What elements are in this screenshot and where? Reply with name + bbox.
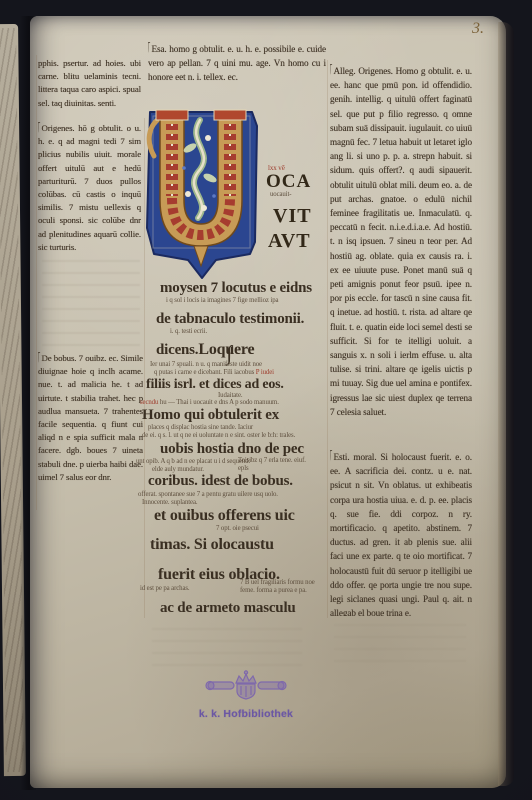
paraph-mark: ∫ [330, 450, 331, 460]
lemma-line: Homo qui obtulerit ex [142, 407, 279, 424]
illuminated-initial-U: U [138, 108, 264, 284]
ruling-line [327, 60, 328, 618]
interlinear-gloss: q putas i carne e dicebant. Fili iacobus… [154, 369, 274, 376]
left-gloss-paragraph-3: ∫De bobus. 7 ouibz. ec. Simile diuignae … [38, 352, 143, 504]
show-through [42, 260, 140, 346]
display-frag-gloss: uocauit- [270, 191, 291, 198]
gloss-red: secndu [140, 399, 158, 406]
lemma-line: moysen 7 locutus e eidns [160, 280, 312, 297]
interlinear-gloss: unt opib. A q b ad n ee placat u i d seq… [136, 458, 250, 465]
page-right-edge [498, 22, 514, 786]
ruling-line [36, 55, 37, 510]
lemma-line: filiis isrl. et dices ad eos. [146, 377, 284, 393]
right-gloss-text-2: Esti. moral. Si holocaust fuerit. e. o. … [330, 452, 472, 616]
marginal-glosslet: Toisibz q 7 erla tene. eiuf. epls [238, 457, 308, 473]
interlinear-gloss: i. q. testi ecrii. [170, 328, 207, 335]
interlinear-gloss: offerat. spontanee sue 7 a pentu gratu u… [138, 491, 278, 498]
left-gloss-paragraph-1: pphis. psertur. ad hoies. ubi carne. bli… [38, 57, 141, 123]
interlinear-gloss: i q sol i locis ia imagines 7 fige melli… [166, 297, 278, 304]
gloss-red: P iudei [256, 369, 274, 376]
manuscript-photo: 3. ∫Esa. homo g obtulit. e. u. h. e. pos… [0, 0, 532, 800]
paraph-mark: ∫ [38, 352, 39, 362]
initial-red-cap [156, 110, 188, 120]
display-frag-oca: OCA [266, 171, 311, 193]
interlinear-gloss: Innocente. suplantea. [142, 499, 197, 506]
interlinear-gloss: de ei. q s. l. ut q ne ei uoluntate n e … [142, 432, 295, 439]
paraph-mark: ∫ [148, 42, 149, 52]
right-gloss-paragraph-1: ∫Alleg. Origenes. Homo g obtulit. e. u. … [330, 64, 472, 448]
interlinear-gloss: elde auly mundatur. [152, 466, 204, 473]
left-gloss-text-2: Origenes. hō g obtulit. o u. h. e. q ad … [38, 123, 141, 252]
lemma-line-dicens: dicens.∫Loquere [156, 341, 254, 359]
top-marginal-note: ∫Esa. homo g obtulit. e. u. h. e. possib… [148, 42, 326, 100]
top-note-text: Esa. homo g obtulit. e. u. h. e. possibi… [148, 44, 326, 82]
gloss-text: hu — Thai i uocauit e dns A p sodo manuu… [160, 399, 279, 406]
lemma-line: uobis hostia dno de pec [160, 441, 304, 458]
interlinear-gloss: Iudaitate. [218, 392, 242, 399]
interlinear-gloss: 7 opt. oie psecui [216, 525, 259, 532]
gloss-text: q putas i carne e dicebant. Fili iacobus [154, 369, 254, 376]
library-stamp-emblem [204, 670, 288, 708]
library-stamp-label: k. k. Hofbibliothek [193, 708, 299, 720]
folio-number: 3. [472, 20, 484, 38]
paraph-mark: ∫ [38, 122, 39, 132]
left-gloss-paragraph-2: ∫Origenes. hō g obtulit. o u. h. e. q ad… [38, 122, 141, 256]
show-through [334, 624, 466, 670]
show-through [152, 628, 302, 672]
interlinear-gloss: secndu hu — Thai i uocauit e dns A p sod… [140, 399, 279, 406]
display-frag-avt: AVT [268, 230, 311, 253]
stamp-crown-icon [204, 670, 288, 708]
display-frag-vit: VIT [273, 205, 312, 228]
right-gloss-paragraph-2: ∫Esti. moral. Si holocaust fuerit. e. o.… [330, 450, 472, 616]
initial-artwork [138, 108, 264, 284]
left-gloss-text-3: De bobus. 7 ouibz. ec. Simile diuignae h… [38, 353, 143, 482]
interlinear-gloss: places q displac hostia sine tande. Iaci… [148, 424, 253, 431]
interlinear-gloss: id est pe pa archas. [140, 585, 190, 592]
lemma-line: de tabnaculo testimonii. [156, 311, 304, 328]
lemma-line: timas. Si olocaustu [150, 536, 274, 554]
lemma-line: ac de armeto masculu [160, 600, 296, 617]
lemma-line: et ouibus offerens uic [154, 507, 295, 525]
initial-red-cap [214, 110, 246, 120]
left-gloss-text-1: pphis. psertur. ad hoies. ubi carne. bli… [38, 58, 141, 108]
paraph-mark: ∫ [330, 64, 331, 74]
lemma-line: coribus. idest de bobus. [148, 473, 293, 490]
right-gloss-text-1: Alleg. Origenes. Homo g obtulit. e. u. e… [330, 66, 472, 417]
lemma-dicens: dicens. [156, 342, 198, 358]
marginal-glosslet: 7 B uel fragiliaris formu noe feme. form… [240, 579, 322, 595]
interlinear-gloss: Ier unai 7 spuali. n u. q manifeste uidi… [150, 361, 262, 368]
